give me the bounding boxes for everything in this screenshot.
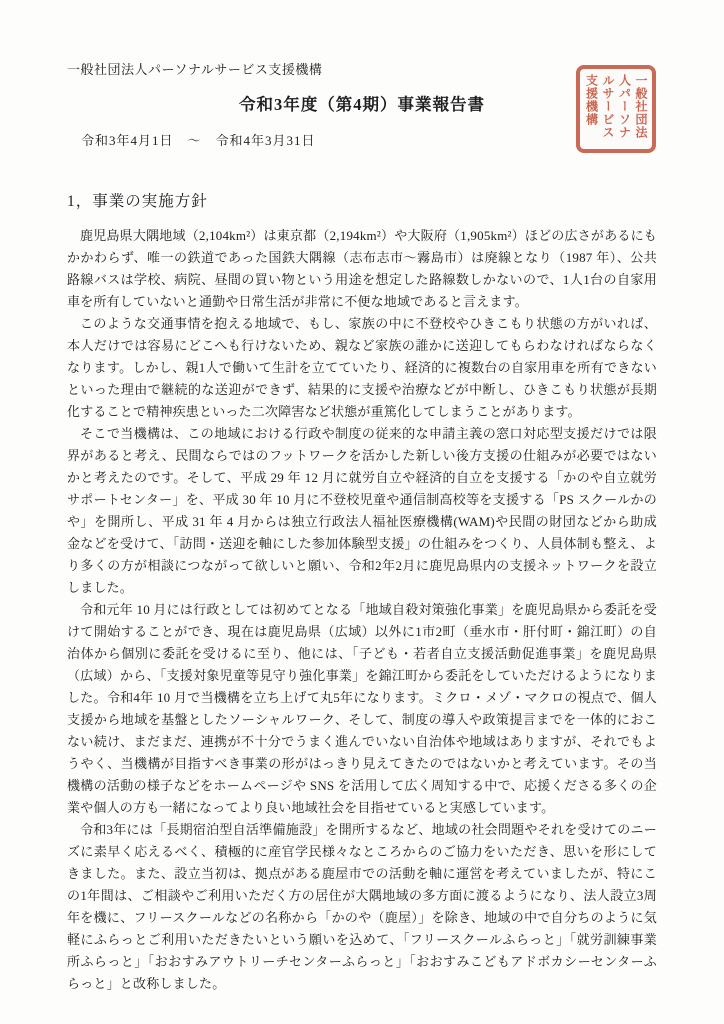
seal-column: 人パーソナ xyxy=(616,74,633,144)
report-period: 令和3年4月1日 ～ 令和4年3月31日 xyxy=(67,131,657,151)
registered-seal: 一般社団法 人パーソナ ルサービス 支援機構 xyxy=(576,65,656,153)
paragraph-support-framework: そこで当機構は、この地域における行政や制度の従来的な申請主義の窓口対応型支援だけ… xyxy=(67,423,657,599)
seal-text: 一般社団法 人パーソナ ルサービス 支援機構 xyxy=(583,74,649,144)
seal-column: ルサービス xyxy=(600,74,617,144)
paragraph-commissioned-projects: 令和元年 10 月には行政としては初めてとなる「地域自殺対策強化事業」を鹿児島県… xyxy=(67,599,657,819)
organization-name: 一般社団法人パーソナルサービス支援機構 xyxy=(67,60,657,79)
section-heading-business-policy: 1，事業の実施方針 xyxy=(67,191,657,213)
seal-column: 一般社団法 xyxy=(633,74,650,144)
report-page: 一般社団法人パーソナルサービス支援機構 一般社団法 人パーソナ ルサービス 支援… xyxy=(0,0,724,1024)
paragraph-facility-renaming: 令和3年には「長期宿泊型自活準備施設」を開所するなど、地域の社会問題やそれを受け… xyxy=(67,819,657,995)
seal-column: 支援機構 xyxy=(583,74,600,144)
paragraph-regional-background: 鹿児島県大隅地域（2,104km²）は東京都（2,194km²）や大阪府（1,9… xyxy=(67,225,657,313)
paragraph-transport-issues: このような交通事情を抱える地域で、もし、家族の中に不登校やひきこもり状態の方がい… xyxy=(67,313,657,423)
report-body: 鹿児島県大隅地域（2,104km²）は東京都（2,194km²）や大阪府（1,9… xyxy=(67,225,657,995)
document-title: 令和3年度（第4期）事業報告書 xyxy=(67,94,657,116)
